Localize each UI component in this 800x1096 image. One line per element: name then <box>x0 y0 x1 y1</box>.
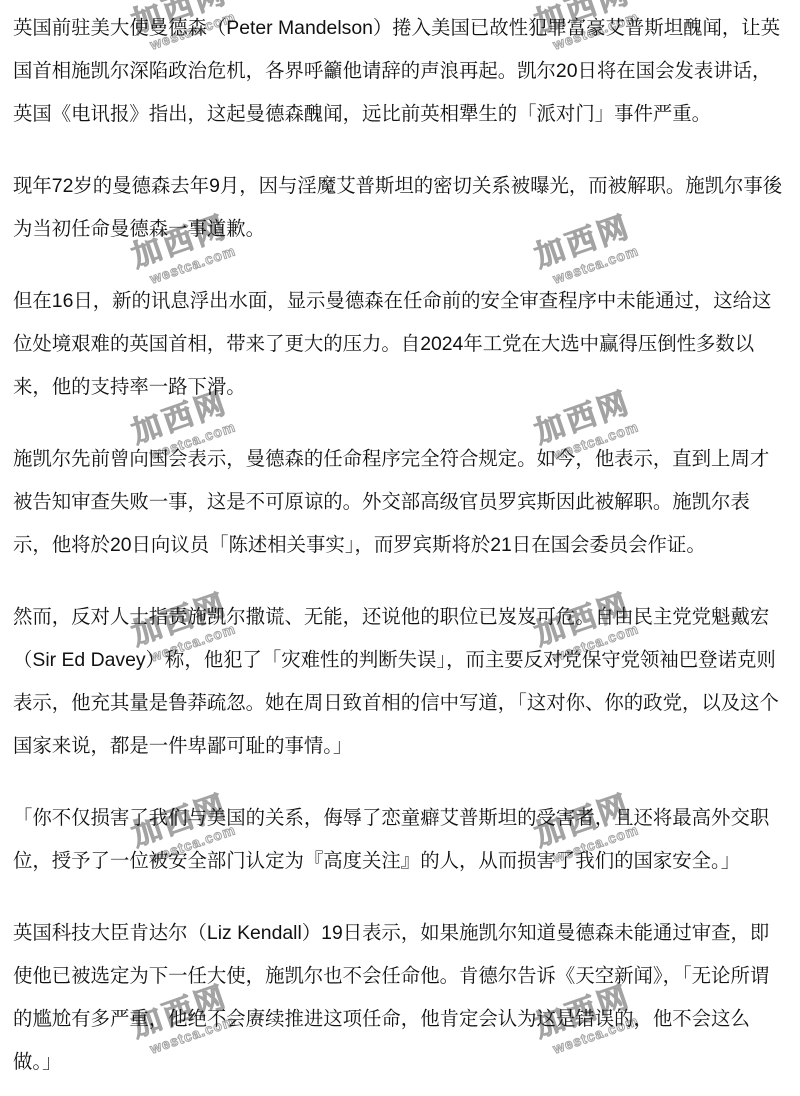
article-page: 加西网westca.com加西网westca.com加西网westca.com加… <box>0 0 800 1096</box>
paragraph: 英国科技大臣肯达尔（Liz Kendall）19日表示，如果施凯尔知道曼德森未能… <box>13 912 787 1084</box>
paragraph: 然而，反对人士指责施凯尔撒谎、无能，还说他的职位已岌岌可危。自由民主党党魁戴宏（… <box>13 596 787 768</box>
paragraph: 但在16日，新的讯息浮出水面，显示曼德森在任命前的安全审查程序中未能通过，这给这… <box>13 280 787 409</box>
article-body: 英国前驻美大使曼德森（Peter Mandelson）捲入美国已故性犯罪富豪艾普… <box>0 0 800 1084</box>
paragraph: 现年72岁的曼德森去年9月，因与淫魔艾普斯坦的密切关系被曝光，而被解职。施凯尔事… <box>13 165 787 251</box>
paragraph: 「你不仅损害了我们与美国的关系，侮辱了恋童癖艾普斯坦的受害者，且还将最高外交职位… <box>13 797 787 883</box>
paragraph: 英国前驻美大使曼德森（Peter Mandelson）捲入美国已故性犯罪富豪艾普… <box>13 7 787 136</box>
paragraph: 施凯尔先前曾向国会表示，曼德森的任命程序完全符合规定。如今，他表示，直到上周才被… <box>13 438 787 567</box>
